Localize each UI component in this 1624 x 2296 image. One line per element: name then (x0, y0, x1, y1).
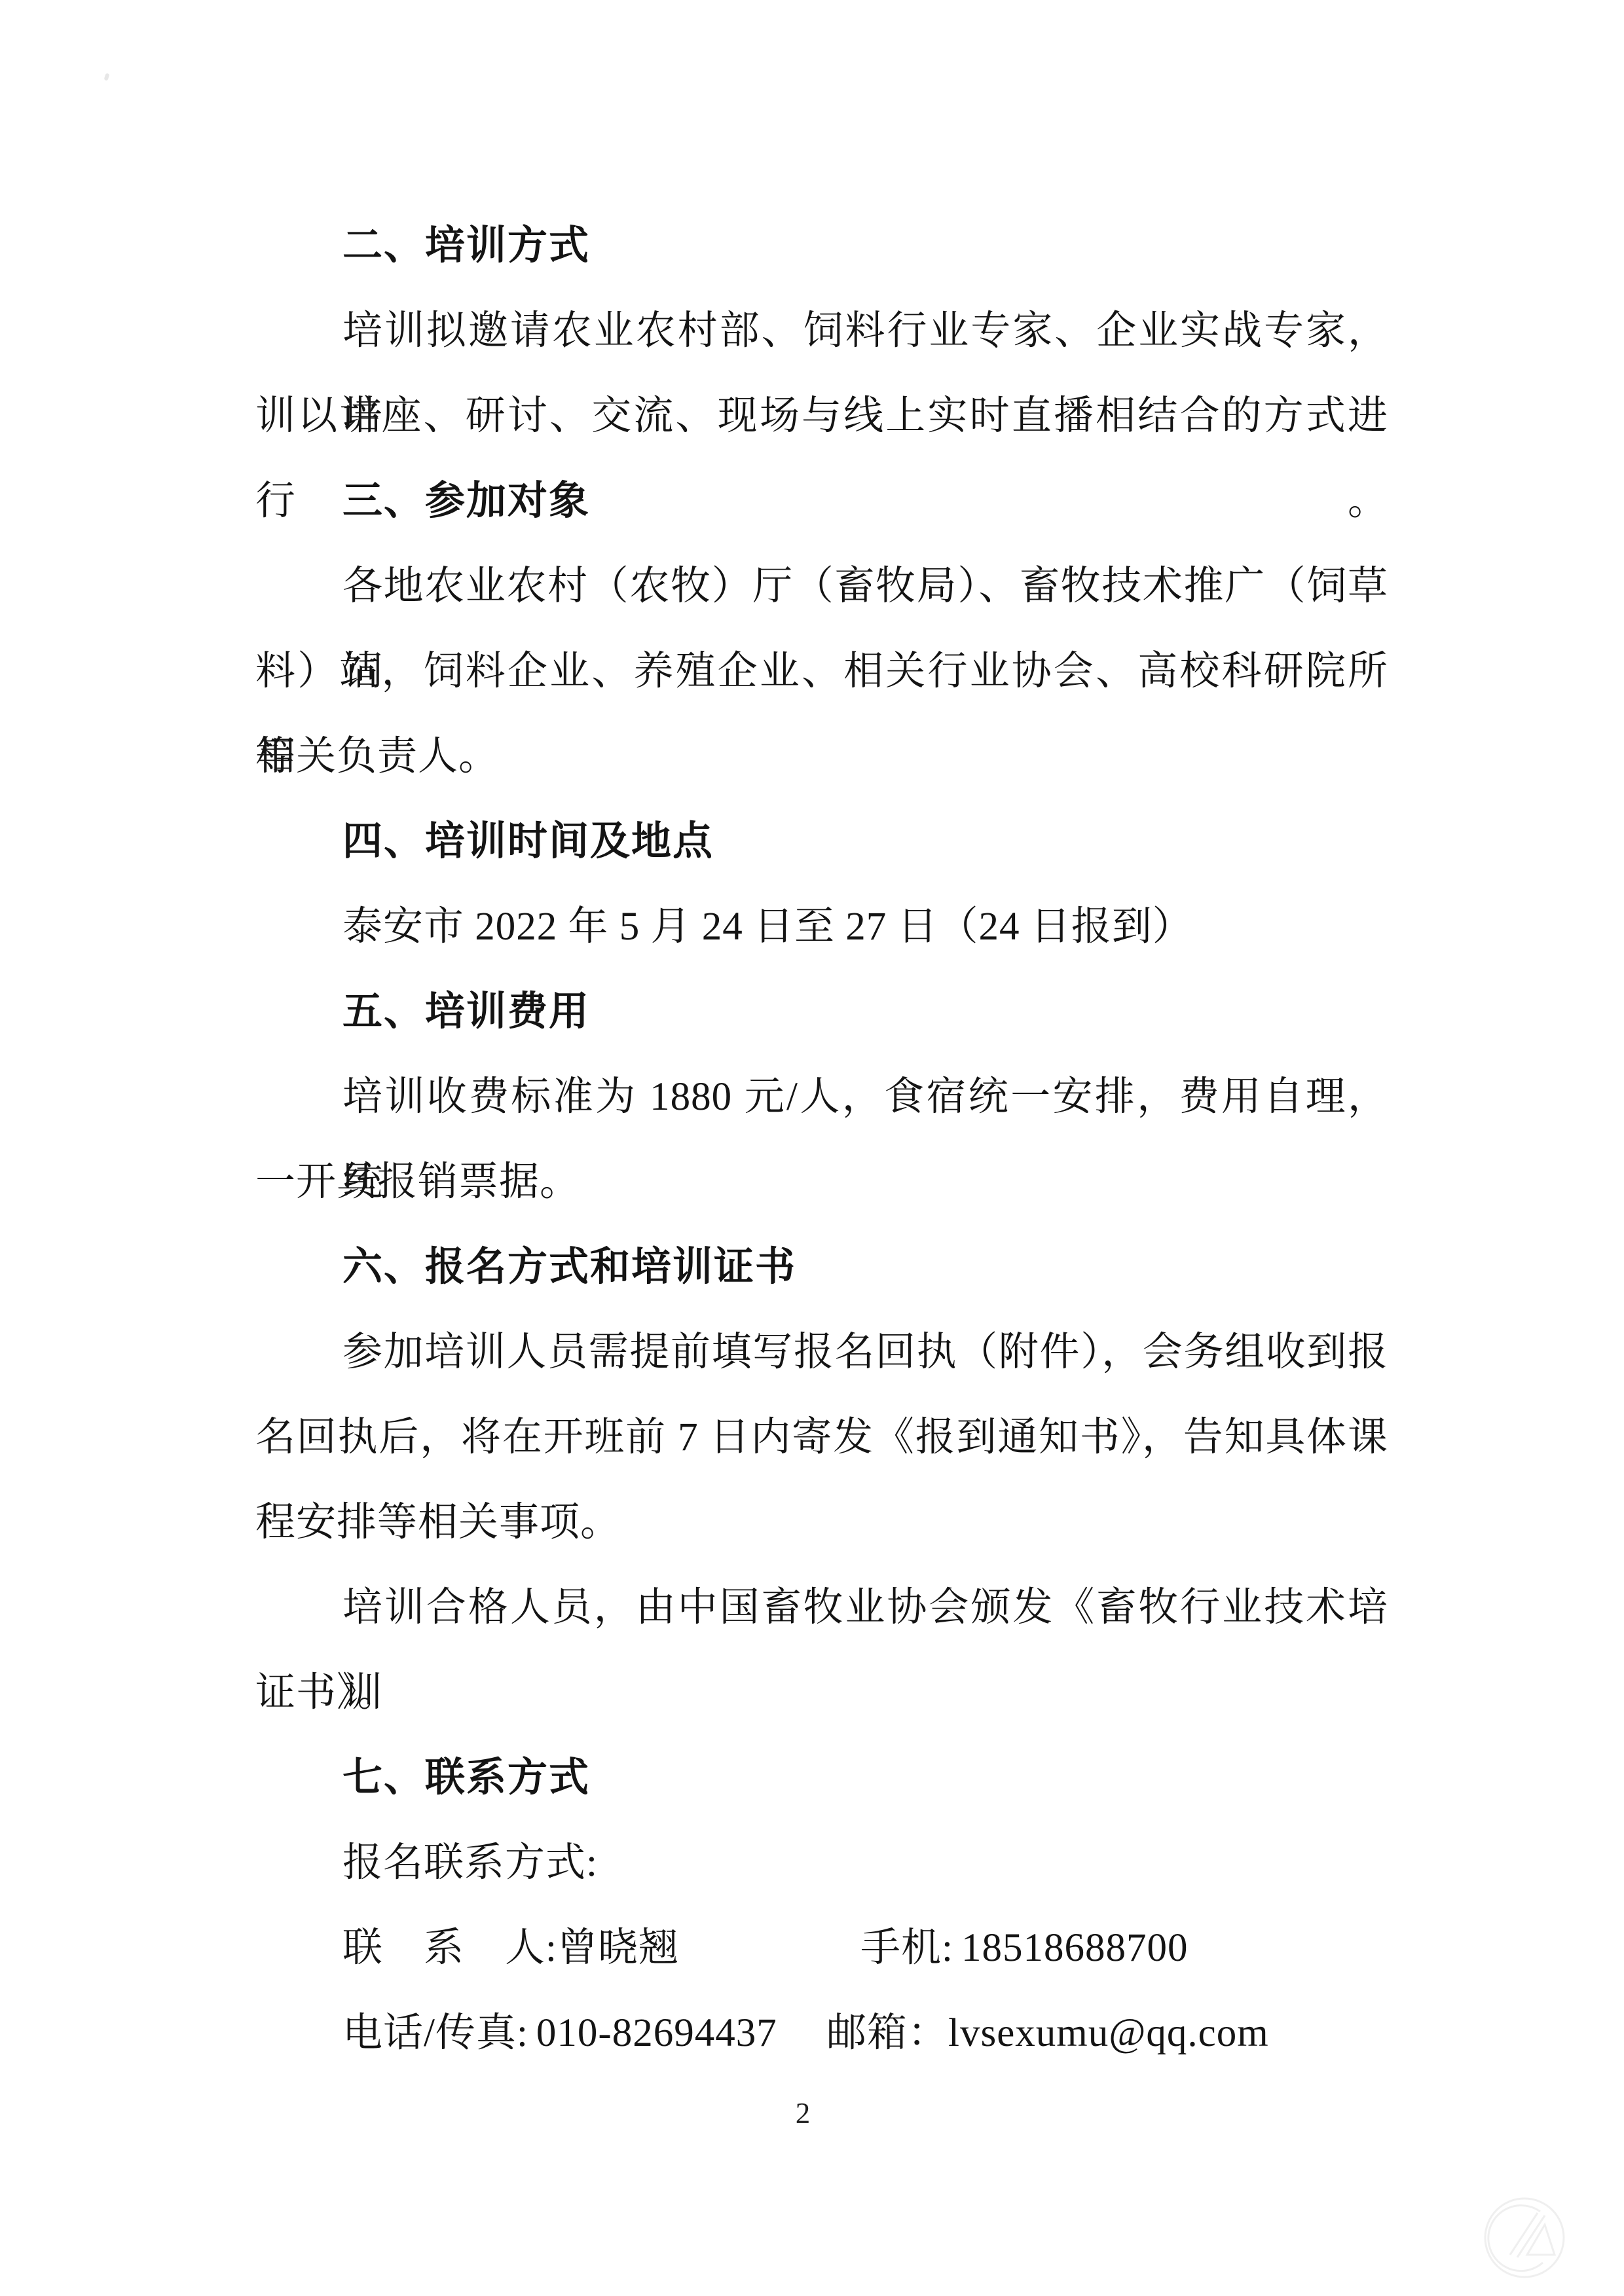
contact-row-person: 联 系 人:曾晓翘 手机:18518688700 (255, 1906, 1388, 1991)
contact-phone-fax-number: 010-82694437 (536, 2011, 777, 2055)
text-line: 名回执后，将在开班前 7 日内寄发《报到通知书》，告知具体课 (255, 1395, 1388, 1480)
text-line: 培训收费标准为 1880 元/人，食宿统一安排，费用自理，统 (255, 1055, 1388, 1140)
text-line: 训以讲座、研讨、交流、现场与线上实时直播相结合的方式进行。 (255, 374, 1388, 459)
text-line-time-location: 泰安市 2022 年 5 月 24 日至 27 日（24 日报到） (255, 884, 1388, 970)
section-heading-registration-certificate: 六、报名方式和培训证书 (255, 1225, 1388, 1310)
contact-mobile-number: 18518688700 (961, 1926, 1189, 1970)
contact-person: 联 系 人:曾晓翘 (342, 1906, 679, 1991)
section-heading-fees: 五、培训费用 (255, 970, 1388, 1055)
contact-email-label: 邮箱： (826, 2011, 948, 2055)
text-line: 参加培训人员需提前填写报名回执（附件），会务组收到报 (255, 1310, 1388, 1395)
contact-phone-fax-label: 电话/传真: (342, 2011, 528, 2055)
text-line: 证书》。 (255, 1650, 1388, 1736)
text-line: 一开具报销票据。 (255, 1140, 1388, 1225)
text-line: 程安排等相关事项。 (255, 1480, 1388, 1565)
contact-email-address: lvsexumu@qq.com (948, 2011, 1269, 2055)
section-heading-participants: 三、参加对象 (255, 459, 1388, 544)
contact-email: 邮箱：lvsexumu@qq.com (826, 1991, 1269, 2076)
text-line: 培训合格人员，由中国畜牧业协会颁发《畜牧行业技术培训 (255, 1565, 1388, 1650)
contact-mobile: 手机:18518688700 (860, 1906, 1188, 1991)
contact-person-label: 联 系 人: (342, 1926, 557, 1970)
association-logo-watermark (1477, 2191, 1572, 2285)
text-line: 相关负责人。 (255, 714, 1388, 799)
page-number: 2 (775, 2096, 830, 2130)
document-page: 二、培训方式 培训拟邀请农业农村部、饲料行业专家、企业实战专家，培 训以讲座、研… (0, 0, 1624, 2296)
section-heading-time-location: 四、培训时间及地点 (255, 799, 1388, 884)
section-heading-contact: 七、联系方式 (255, 1736, 1388, 1821)
text-line-contact-intro: 报名联系方式: (255, 1821, 1388, 1906)
scan-speck (103, 73, 109, 81)
section-heading-training-method: 二、培训方式 (255, 204, 1388, 289)
contact-person-name: 曾晓翘 (557, 1926, 679, 1970)
document-body: 二、培训方式 培训拟邀请农业农村部、饲料行业专家、企业实战专家，培 训以讲座、研… (255, 204, 1388, 2076)
text-line: 各地农业农村（农牧）厅（畜牧局）、畜牧技术推广（饲草饲 (255, 544, 1388, 629)
text-line: 料）站，饲料企业、养殖企业、相关行业协会、高校科研院所等 (255, 629, 1388, 714)
text-line: 培训拟邀请农业农村部、饲料行业专家、企业实战专家，培 (255, 289, 1388, 374)
contact-phone-fax: 电话/传真:010-82694437 (342, 1991, 777, 2076)
contact-row-phone-email: 电话/传真:010-82694437 邮箱：lvsexumu@qq.com (255, 1991, 1388, 2076)
contact-mobile-label: 手机: (860, 1926, 953, 1970)
